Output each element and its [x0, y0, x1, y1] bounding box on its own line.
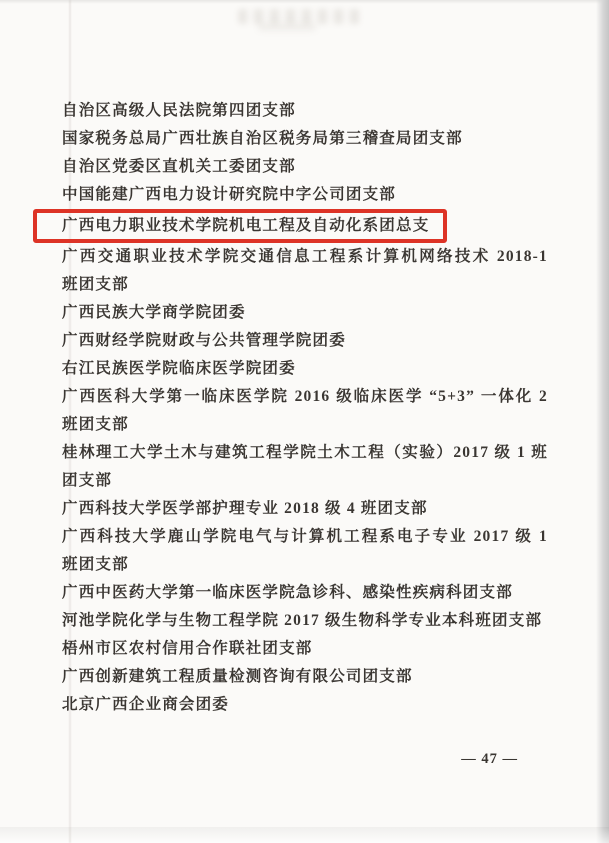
entry-line: 班团支部 [62, 411, 548, 439]
entry-line: 桂林理工大学土木与建筑工程学院土木工程（实验）2017 级 1 班 [62, 439, 548, 467]
entry: 中国能建广西电力设计研究院中字公司团支部 [62, 181, 548, 209]
entry-line: 广西中医药大学第一临床医学院急诊科、感染性疾病科团支部 [62, 579, 548, 607]
entry-line: 广西医科大学第一临床医学院 2016 级临床医学 “5+3” 一体化 2 [62, 383, 548, 411]
entry-line: 北京广西企业商会团委 [62, 691, 548, 719]
entry-line: 广西科技大学医学部护理专业 2018 级 4 班团支部 [62, 495, 548, 523]
entry-line: 广西民族大学商学院团委 [62, 299, 548, 327]
entry-line: 河池学院化学与生物工程学院 2017 级生物科学专业本科班团支部 [62, 607, 548, 635]
entry: 右江民族医学院临床医学院团委 [62, 355, 548, 383]
entry: 广西交通职业技术学院交通信息工程系计算机网络技术 2018-1班团支部 [62, 243, 548, 299]
entry-line: 广西交通职业技术学院交通信息工程系计算机网络技术 2018-1 [62, 243, 548, 271]
entry-line: 梧州市区农村信用合作联社团支部 [62, 635, 548, 663]
page-number: — 47 — [461, 751, 518, 768]
scan-right-edge [596, 0, 609, 843]
entry-list: 自治区高级人民法院第四团支部国家税务总局广西壮族自治区税务局第三稽查局团支部自治… [62, 97, 548, 719]
entry: 国家税务总局广西壮族自治区税务局第三稽查局团支部 [62, 125, 548, 153]
entry-line: 国家税务总局广西壮族自治区税务局第三稽查局团支部 [62, 125, 548, 153]
entry: 广西科技大学鹿山学院电气与计算机工程系电子专业 2017 级 1班团支部 [62, 523, 548, 579]
entry: 自治区党委区直机关工委团支部 [62, 153, 548, 181]
entry-line: 右江民族医学院临床医学院团委 [62, 355, 548, 383]
entry: 梧州市区农村信用合作联社团支部 [62, 635, 548, 663]
entry-highlighted: 广西电力职业技术学院机电工程及自动化系团总支 [62, 212, 548, 240]
entry: 广西财经学院财政与公共管理学院团委 [62, 327, 548, 355]
entry-line: 班团支部 [62, 551, 548, 579]
entry: 广西民族大学商学院团委 [62, 299, 548, 327]
scan-bottom-edge [0, 827, 609, 843]
scanned-document-page: 自治区高级人民法院第四团支部国家税务总局广西壮族自治区税务局第三稽查局团支部自治… [0, 0, 609, 843]
entry-line: 中国能建广西电力设计研究院中字公司团支部 [62, 181, 548, 209]
entry-line: 广西财经学院财政与公共管理学院团委 [62, 327, 548, 355]
entry: 自治区高级人民法院第四团支部 [62, 97, 548, 125]
bleedthrough-mark [238, 9, 360, 24]
entry: 桂林理工大学土木与建筑工程学院土木工程（实验）2017 级 1 班团支部 [62, 439, 548, 495]
entry: 北京广西企业商会团委 [62, 691, 548, 719]
entry-line: 班团支部 [62, 271, 548, 299]
entry: 广西中医药大学第一临床医学院急诊科、感染性疾病科团支部 [62, 579, 548, 607]
entry-line: 自治区高级人民法院第四团支部 [62, 97, 548, 125]
entry-line: 广西创新建筑工程质量检测咨询有限公司团支部 [62, 663, 548, 691]
entry-line: 自治区党委区直机关工委团支部 [62, 153, 548, 181]
entry: 河池学院化学与生物工程学院 2017 级生物科学专业本科班团支部 [62, 607, 548, 635]
entry-line: 广西科技大学鹿山学院电气与计算机工程系电子专业 2017 级 1 [62, 523, 548, 551]
entry-line: 广西电力职业技术学院机电工程及自动化系团总支 [62, 212, 548, 240]
entry-line: 团支部 [62, 467, 548, 495]
entry: 广西科技大学医学部护理专业 2018 级 4 班团支部 [62, 495, 548, 523]
bleedthrough-mark [258, 23, 316, 31]
entry: 广西创新建筑工程质量检测咨询有限公司团支部 [62, 663, 548, 691]
entry: 广西医科大学第一临床医学院 2016 级临床医学 “5+3” 一体化 2班团支部 [62, 383, 548, 439]
scan-top-edge [0, 0, 609, 4]
